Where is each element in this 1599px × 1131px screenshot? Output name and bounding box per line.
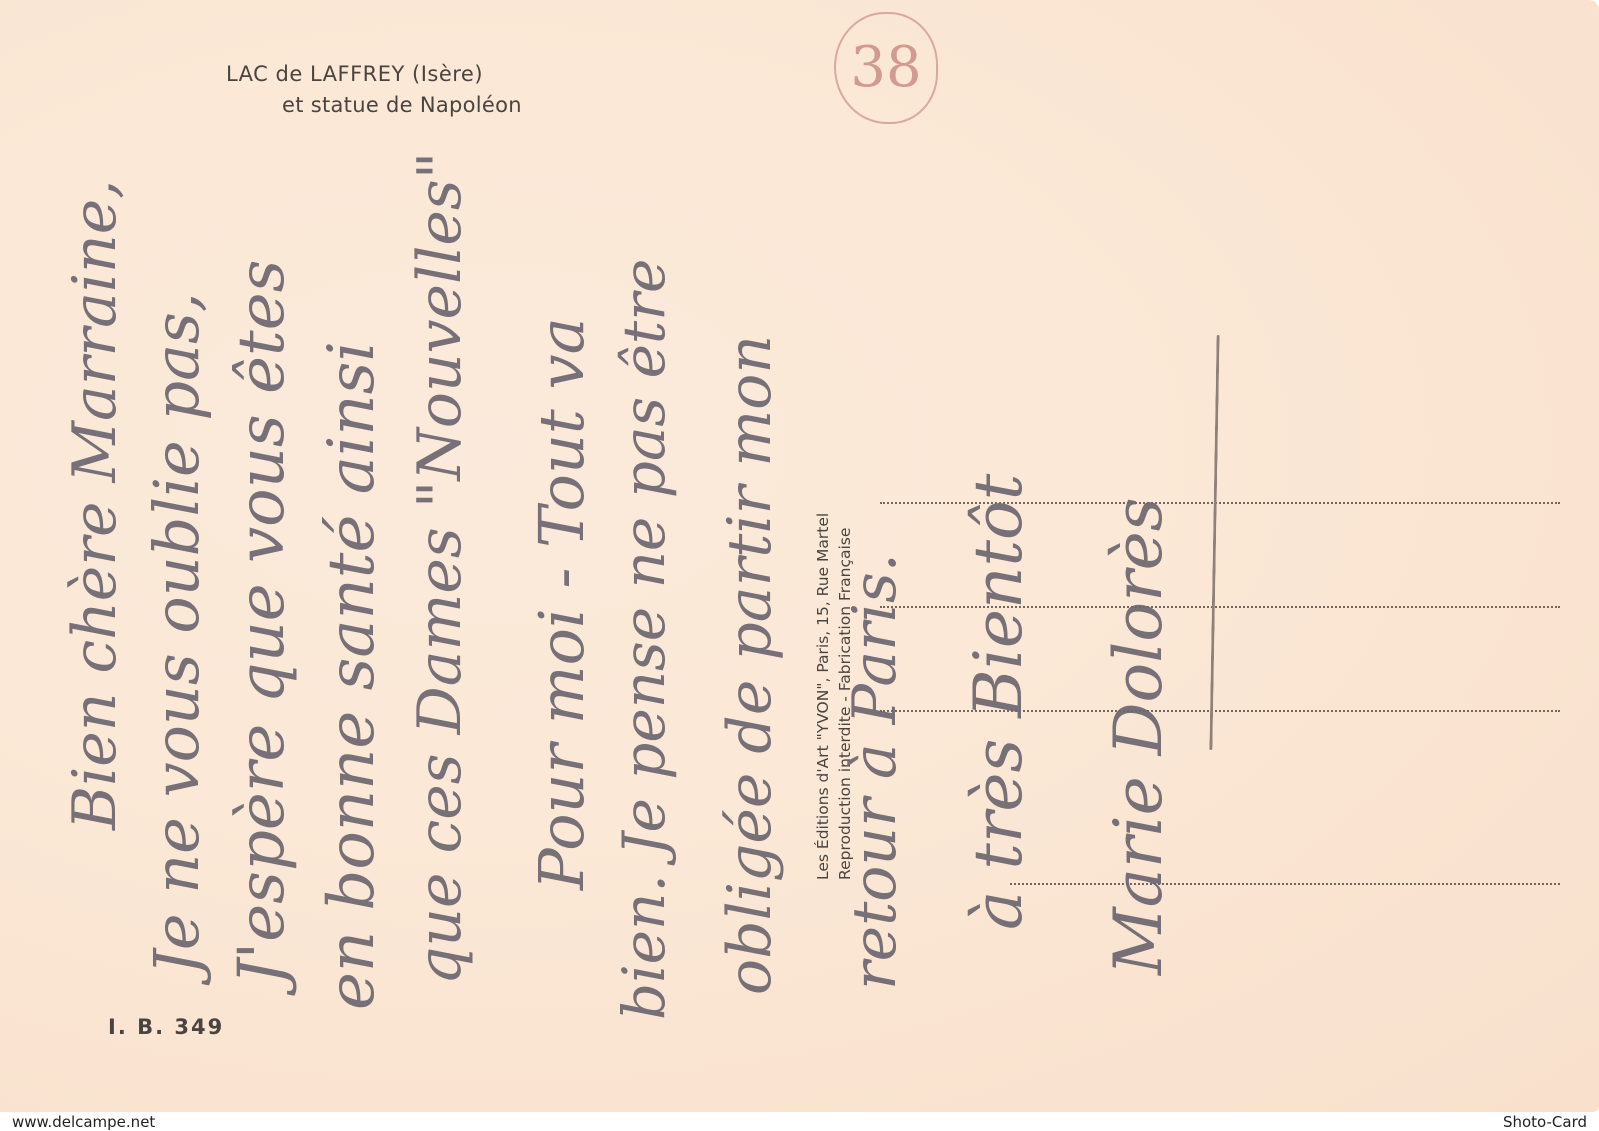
reference-number: I. B. 349 xyxy=(108,1015,224,1039)
handwriting-line: retour à Paris. xyxy=(840,553,910,990)
handwriting-line: bien. Je pense ne pas être xyxy=(610,259,678,1020)
postcard-back: LAC de LAFFREY (Isère) et statue de Napo… xyxy=(0,0,1599,1112)
handwriting-line: J'espère que vous êtes xyxy=(225,260,299,985)
caption-title: LAC de LAFFREY (Isère) xyxy=(226,62,483,86)
handwriting-line: Marie Dolorès xyxy=(1100,497,1177,975)
handwriting-line: obligée de partir mon xyxy=(715,335,785,995)
publisher-line: Les Éditions d'Art "YVON", Paris, 15, Ru… xyxy=(812,513,834,880)
handwriting-line: en bonne santé ainsi xyxy=(315,341,389,1010)
delcampe-watermark: www.delcampe.net xyxy=(12,1113,155,1131)
caption-subtitle: et statue de Napoléon xyxy=(282,93,522,117)
handwritten-divider xyxy=(1209,335,1219,750)
shoto-card-watermark: Shoto-Card xyxy=(1503,1113,1587,1131)
handwriting-line: Pour moi - Tout va xyxy=(525,317,598,890)
pencil-number: 38 xyxy=(834,12,938,124)
handwriting-line: Bien chère Marraine, xyxy=(60,180,130,830)
handwriting-line: que ces Dames "Nouvelles" xyxy=(405,152,475,985)
handwriting-line: à très Bientôt xyxy=(960,474,1037,930)
handwriting-line: Je ne vous oublie pas, xyxy=(140,292,213,975)
address-line-4 xyxy=(1010,883,1560,885)
